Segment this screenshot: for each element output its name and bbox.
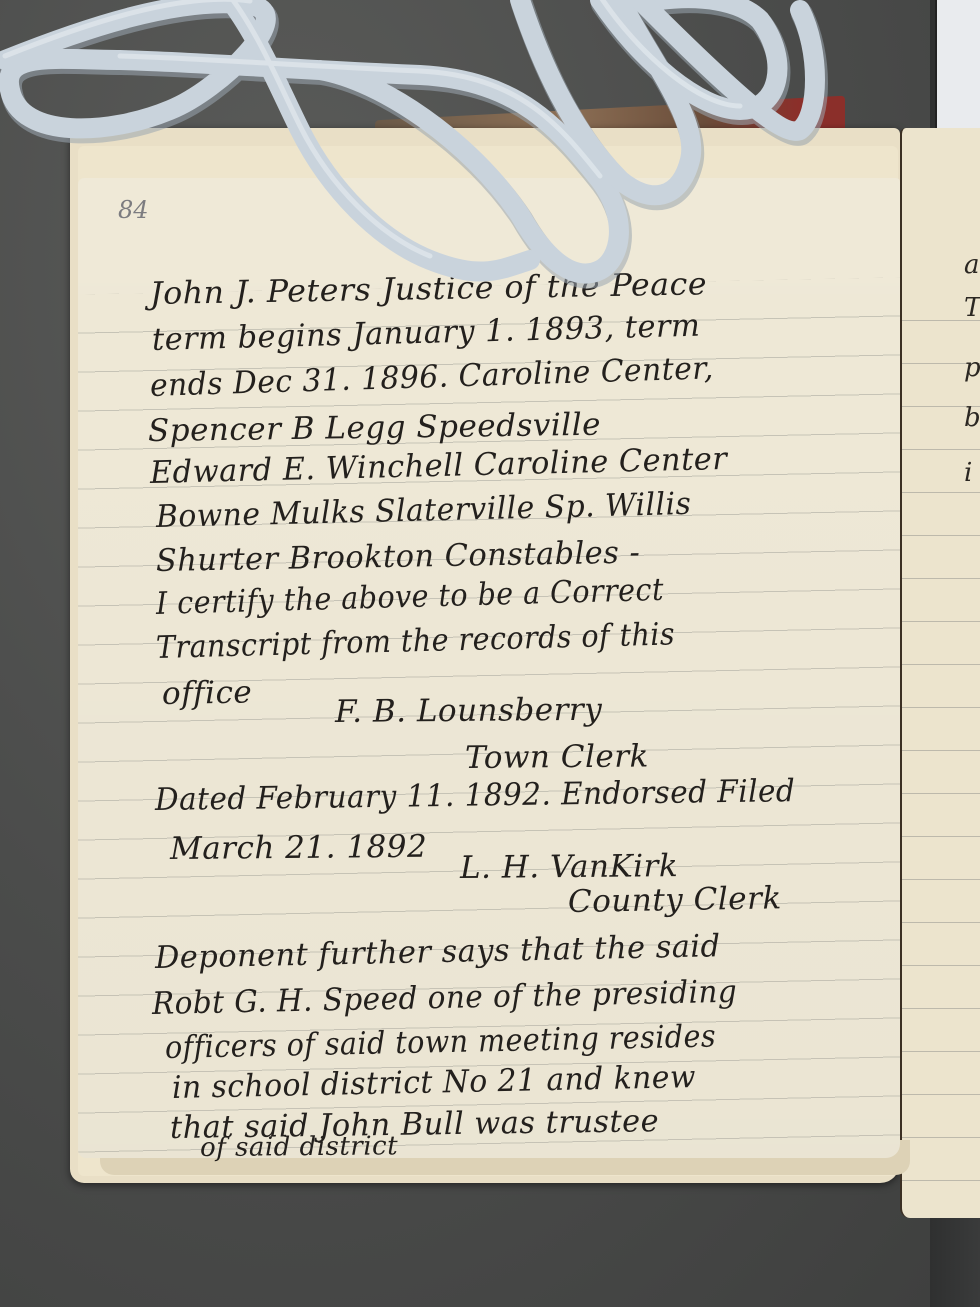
right-page-fragment: i	[964, 458, 972, 488]
right-page-fragment: b	[964, 403, 980, 433]
handwritten-line: Spencer B Legg Speedsville	[148, 407, 601, 449]
title-town-clerk: Town Clerk	[465, 738, 649, 776]
handwritten-line: office	[162, 674, 253, 712]
cord	[0, 0, 980, 320]
signature-town-clerk: F. B. Lounsberry	[335, 692, 603, 730]
title-county-clerk: County Clerk	[568, 880, 782, 920]
right-page-fragment: p	[964, 353, 980, 383]
signature-county-clerk: L. H. VanKirk	[460, 848, 679, 886]
handwritten-line: March 21. 1892	[170, 829, 428, 867]
handwritten-line: of said district	[200, 1131, 398, 1163]
